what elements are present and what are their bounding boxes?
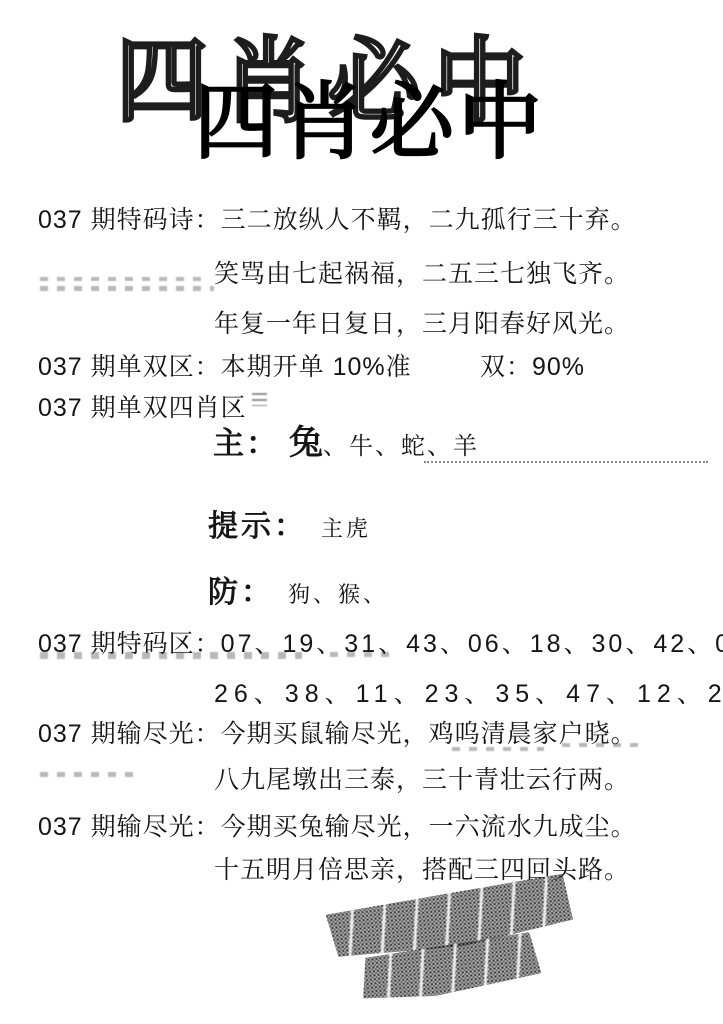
zhu-line: 主： 兔 、牛、蛇、羊 <box>213 426 479 460</box>
erased-text-smudge <box>40 772 140 777</box>
erased-text-smudge <box>562 743 640 747</box>
tishi-label: 提示： <box>208 512 307 542</box>
page-title: 四肖必中 <box>194 80 546 164</box>
tema-poem-line3: 年复一年日复日，三月阳春好风光。 <box>214 312 630 337</box>
shujinguang2-line1: 037 期输尽光： 今期买兔输尽光，一六流水九成尘。 <box>38 815 637 840</box>
tema-poem-text1: 三二放纵人不羁，二九孤行三十弃。 <box>221 208 637 233</box>
lottery-tip-sheet: 四肖必中 四肖必中 037 期特码诗： 三二放纵人不羁，二九孤行三十弃。 笑骂由… <box>0 0 723 1024</box>
danshuang-dan-value: 本期开单 10%准 <box>221 355 412 380</box>
zhu-primary-zodiac: 兔 <box>289 426 323 460</box>
shujinguang2-text1: 今期买兔输尽光，一六流水九成尘。 <box>221 815 637 840</box>
tema-poem-label: 037 期特码诗： <box>38 208 221 233</box>
shujinguang2-text2: 十五明月倍思亲，搭配三四回头路。 <box>214 858 630 883</box>
sixiao-label: 037 期单双四肖区 <box>38 396 247 421</box>
fang-label: 防： <box>208 578 274 608</box>
tema-zone-numbers-row2: 26、38、11、23、35、47、12、24 <box>214 682 723 707</box>
erased-text-smudge <box>40 277 210 281</box>
fang-value: 狗、猴、 <box>288 584 388 606</box>
erased-mark <box>252 393 267 406</box>
danshuang-label: 037 期单双区： <box>38 355 221 380</box>
shujinguang1-line1: 037 期输尽光： 今期买鼠输尽光，鸡呜清晨家户晓。 <box>38 722 637 747</box>
tema-poem-line1: 037 期特码诗： 三二放纵人不羁，二九孤行三十弃。 <box>38 208 637 233</box>
tishi-line: 提示： 主虎 <box>208 512 371 542</box>
shujinguang2-label: 037 期输尽光： <box>38 815 221 840</box>
shujinguang1-label: 037 期输尽光： <box>38 722 221 747</box>
tishi-value: 主虎 <box>321 518 371 540</box>
erased-text-smudge <box>40 652 302 659</box>
danshuang-shuang-value: 双：90% <box>480 355 585 380</box>
zhu-label: 主： <box>213 428 279 459</box>
shujinguang1-text2: 八九尾墩出三泰，三十青壮云行两。 <box>214 768 630 793</box>
zhu-other-zodiacs: 、牛、蛇、羊 <box>323 435 479 459</box>
fang-line: 防： 狗、猴、 <box>208 578 388 608</box>
erased-text-smudge <box>452 747 544 751</box>
erased-text-smudge <box>40 286 214 291</box>
dotted-underline <box>424 461 708 463</box>
danshuang-line: 037 期单双区： 本期开单 10%准 <box>38 355 412 380</box>
tema-poem-line2: 笑骂由七起祸福，二五三七独飞齐。 <box>214 262 630 287</box>
erased-text-smudge <box>330 652 392 657</box>
